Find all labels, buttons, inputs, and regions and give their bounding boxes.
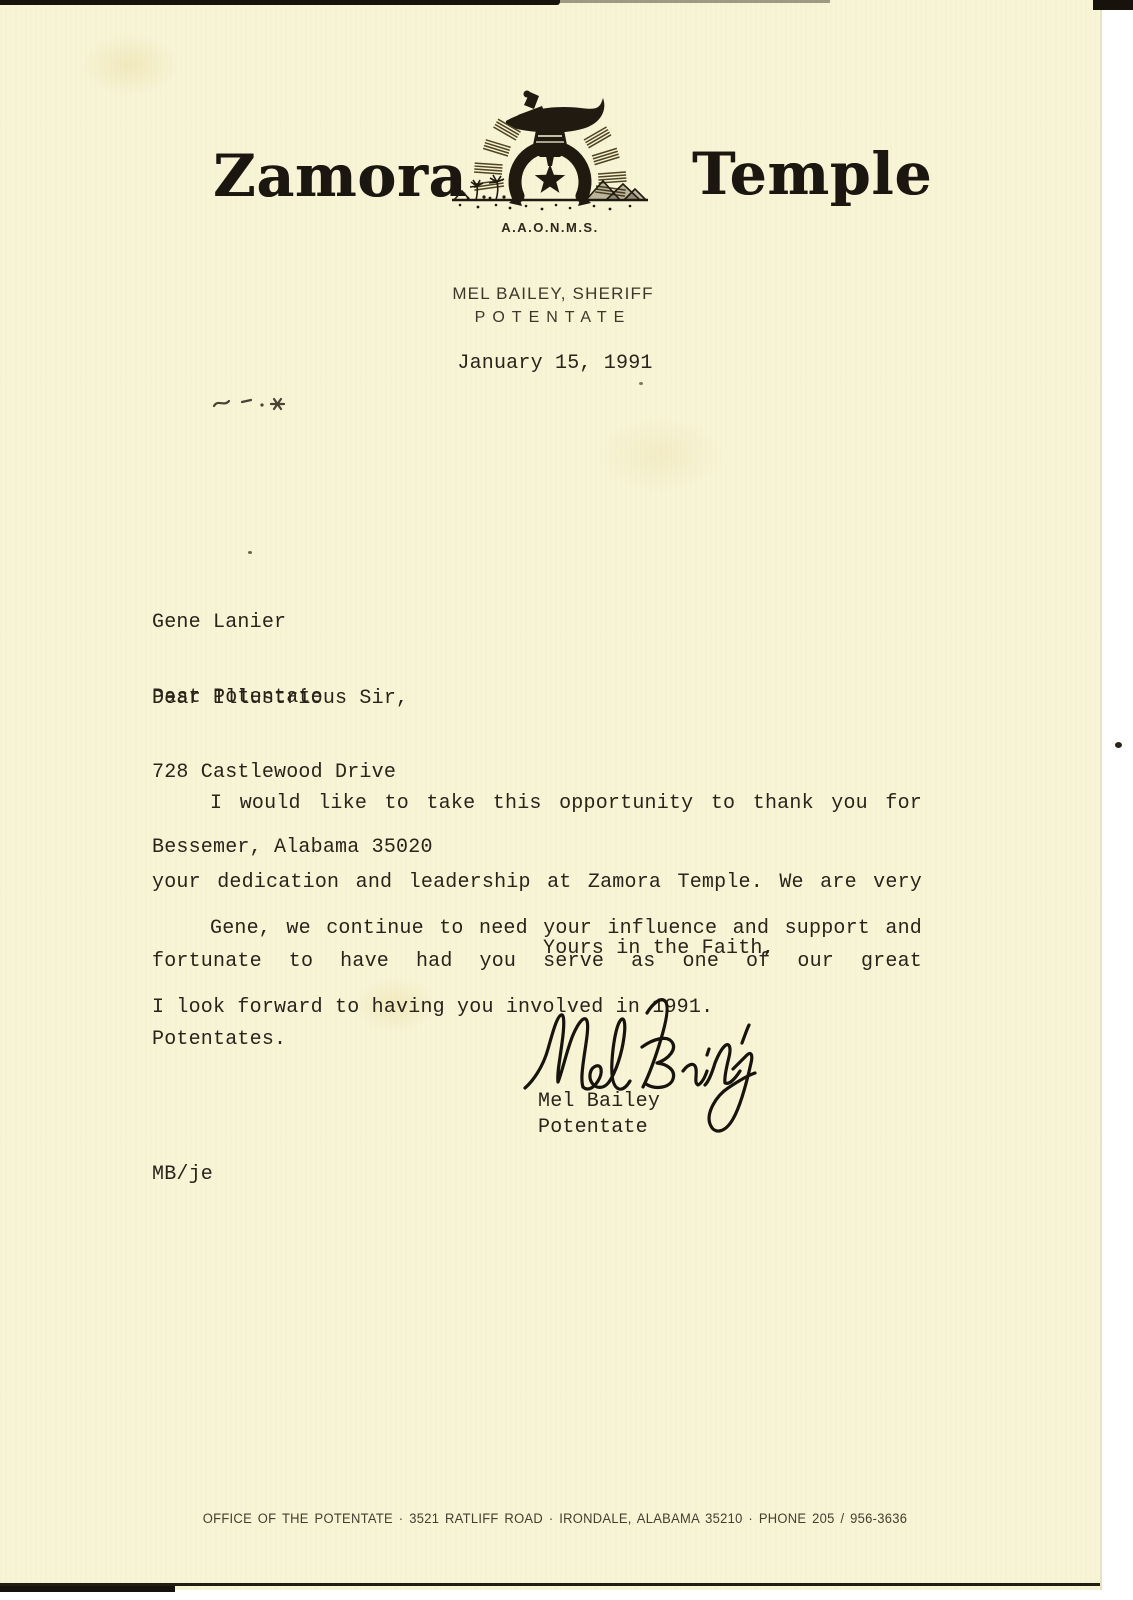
sphinx-head-icon [532,130,568,157]
officer-title-line: POTENTATE [0,309,1106,327]
scanned-letter-page: Zamora Temple [0,0,1133,1600]
officer-name-line: MEL BAILEY, SHERIFF [0,284,1106,304]
footer-office-address: OFFICE OF THE POTENTATE · 3521 RATLIFF R… [22,1511,1088,1526]
paragraph-line: Gene, we continue to need your influence… [152,916,922,942]
emblem-caption: A.A.O.N.M.S. [0,220,1100,235]
paragraph-line: I would like to take this opportunity to… [152,791,922,817]
signer-typed-name: Mel Bailey [538,1090,660,1113]
signer-typed-title: Potentate [538,1116,648,1139]
paper-fleck [639,382,643,385]
letter-date: January 15, 1991 [0,352,1110,375]
recipient-name: Gene Lanier [152,610,433,635]
shriners-emblem-icon [438,88,662,228]
temple-name-zamora: Zamora [213,142,467,210]
margin-ink-dot [1115,742,1122,748]
salutation: Dear Illustrious Sir, [152,687,408,710]
handwritten-mark [208,390,338,418]
scan-top-edge [0,0,560,5]
scimitar-icon [506,91,604,133]
scan-top-edge-faint [560,0,830,3]
typist-initials: MB/je [152,1163,213,1186]
scan-corner-mark [1093,0,1133,10]
letter-paper: Zamora Temple [0,0,1102,1590]
closing-line: Yours in the Faith, [543,937,775,960]
paper-fleck [248,551,252,554]
scan-bottom-edge-left [0,1586,175,1592]
star-icon [535,156,565,193]
pyramids-icon [586,181,646,210]
temple-name-temple: Temple [692,140,932,208]
